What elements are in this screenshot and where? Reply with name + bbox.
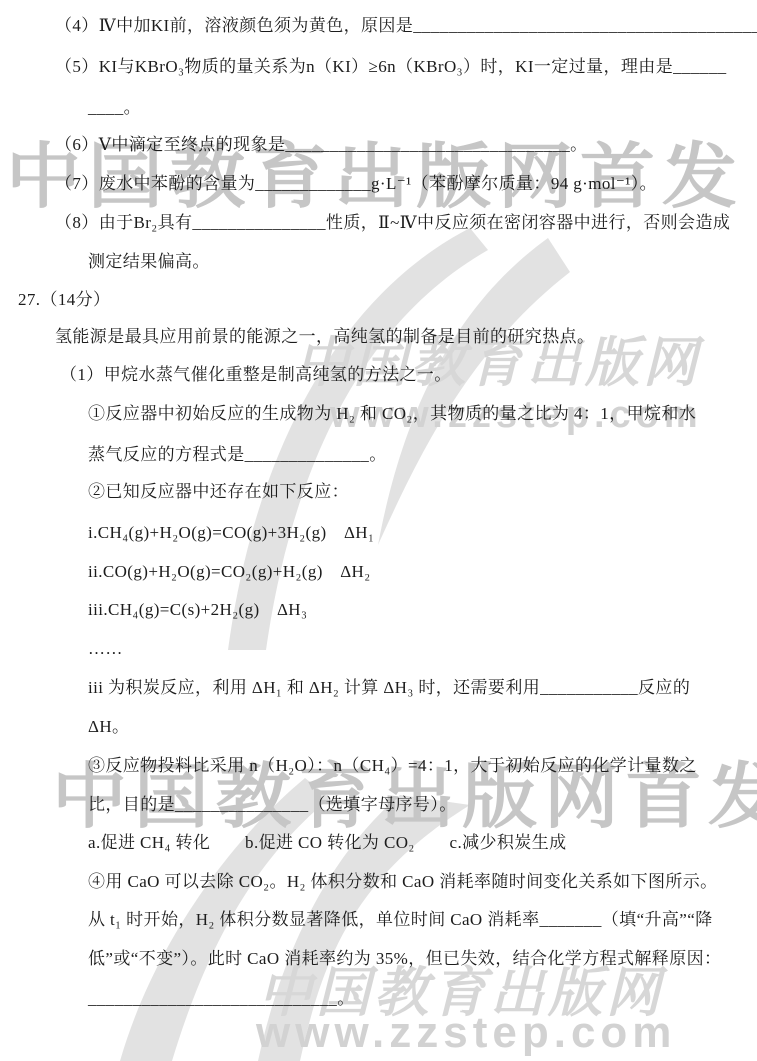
text-line: ①反应器中初始反应的生成物为 H₂ 和 CO₂，其物质的量之比为 4：1，甲烷和… [88, 403, 696, 425]
text-line: 蒸气反应的方程式是______________。 [88, 444, 387, 466]
text-line: 低”或“不变”）。此时 CaO 消耗率约为 35%，但已失效，结合化学方程式解释… [88, 948, 721, 970]
text-line: （6）Ⅴ中滴定至终点的现象是__________________________… [55, 134, 588, 156]
text-line: i.CH₄(g)+H₂O(g)=CO(g)+3H₂(g) ΔH₁ [88, 522, 374, 544]
text-line: （8）由于Br₂具有_______________性质，Ⅱ~Ⅳ中反应须在密闭容器… [55, 212, 730, 234]
exam-page: 中国教育出版网首发 中国教育出版网首发 中国教育出版网 www.zzstep.c… [0, 0, 757, 1061]
text-line: ____________________________。 [88, 988, 355, 1010]
text-line: 测定结果偏高。 [88, 251, 210, 273]
text-line: ____。 [88, 97, 141, 119]
text-line: （5）KI与KBrO₃物质的量关系为n（KI）≥6n（KBrO₃）时，KI一定过… [55, 56, 727, 78]
text-line: ②已知反应器中还存在如下反应： [88, 481, 349, 503]
text-line: ③反应物投料比采用 n（H₂O）：n（CH₄）=4：1，大于初始反应的化学计量数… [88, 755, 697, 777]
text-line: 比，目的是_______________（选填字母序号）。 [88, 794, 457, 816]
text-line: 27.（14分） [18, 289, 110, 311]
text-line: 从 t₁ 时开始，H₂ 体积分数显著降低，单位时间 CaO 消耗率_______… [88, 909, 713, 931]
document-content: （4）Ⅳ中加KI前，溶液颜色须为黄色，原因是__________________… [0, 0, 757, 1061]
text-line: ΔH。 [88, 716, 129, 738]
text-line: 氢能源是最具应用前景的能源之一，高纯氢的制备是目前的研究热点。 [55, 326, 594, 348]
text-line: ④用 CaO 可以去除 CO₂。H₂ 体积分数和 CaO 消耗率随时间变化关系如… [88, 871, 718, 893]
text-line: （7）废水中苯酚的含量为_____________g·L⁻¹（苯酚摩尔质量：94… [55, 173, 657, 195]
text-line: a.促进 CH₄ 转化 b.促进 CO 转化为 CO₂ c.减少积炭生成 [88, 832, 567, 854]
text-line: iii.CH₄(g)=C(s)+2H₂(g) ΔH₃ [88, 599, 307, 621]
text-line: ii.CO(g)+H₂O(g)=CO₂(g)+H₂(g) ΔH₂ [88, 561, 371, 583]
text-line: …… [88, 638, 123, 660]
text-line: （1）甲烷水蒸气催化重整是制高纯氢的方法之一。 [60, 364, 452, 386]
text-line: iii 为积炭反应，利用 ΔH₁ 和 ΔH₂ 计算 ΔH₃ 时，还需要利用___… [88, 677, 690, 699]
text-line: （4）Ⅳ中加KI前，溶液颜色须为黄色，原因是__________________… [55, 15, 757, 37]
